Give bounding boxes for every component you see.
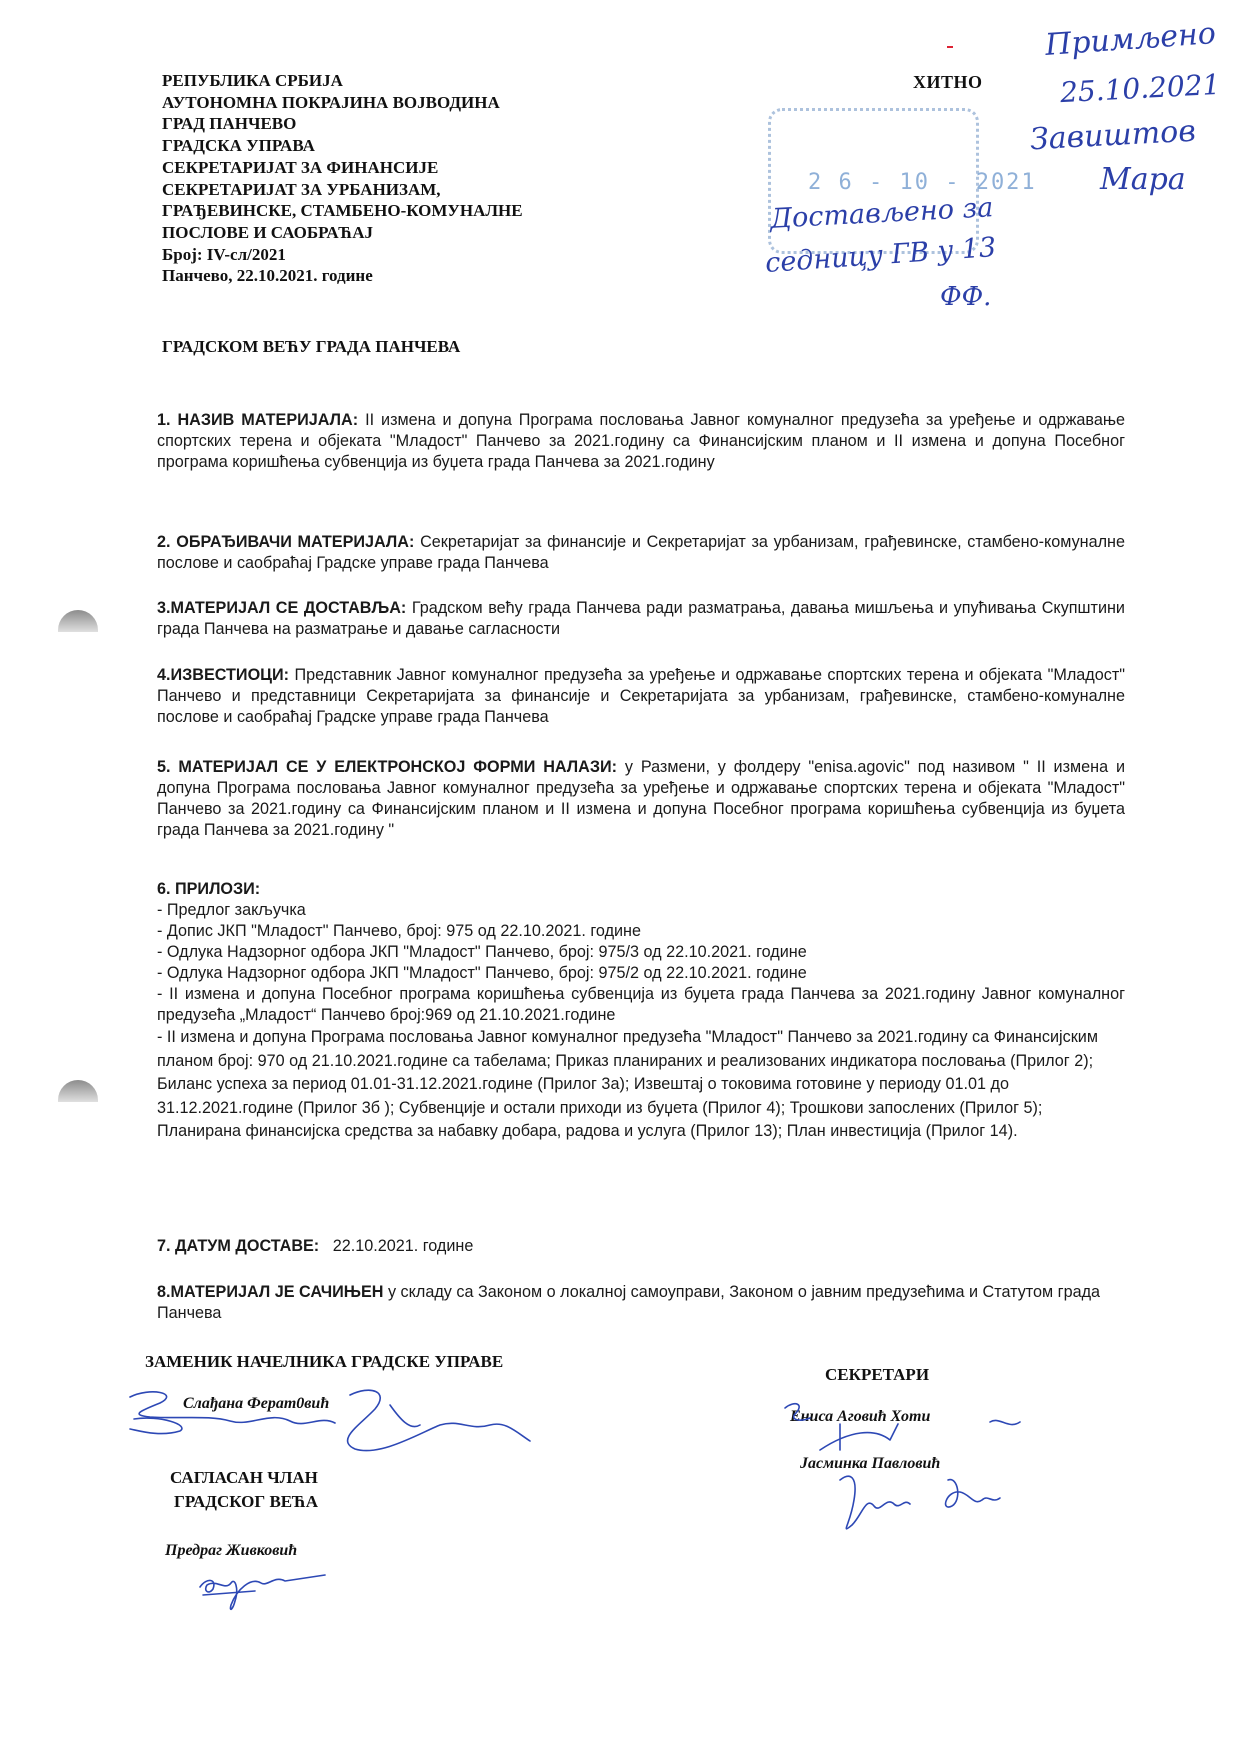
header-line-urbanism-2: ГРАЂЕВИНСКЕ, СТАМБЕНО-КОМУНАЛНЕ [162, 200, 523, 222]
attachment-item: - II измена и допуна Програма пословања … [157, 1026, 1117, 1144]
section-label: 5. МАТЕРИЈАЛ СЕ У ЕЛЕКТРОНСКОЈ ФОРМИ НАЛ… [157, 758, 617, 776]
header-line-urbanism-3: ПОСЛОВЕ И САОБРАЋАЈ [162, 222, 523, 244]
hole-punch-mark [58, 610, 98, 632]
document-number: Број: IV-сл/2021 [162, 244, 523, 266]
section-label: 4.ИЗВЕСТИОЦИ: [157, 666, 289, 684]
secretaries-title: СЕКРЕТАРИ [825, 1365, 929, 1385]
header-line-city: ГРАД ПАНЧЕВО [162, 113, 523, 135]
council-member-title-1: САГЛАСАН ЧЛАН [170, 1468, 318, 1488]
addressee: ГРАДСКОМ ВЕЋУ ГРАДА ПАНЧЕВА [162, 337, 460, 357]
handwritten-delivery-initials: ФФ. [940, 282, 991, 312]
red-mark [947, 46, 953, 48]
header-line-finance-secretariat: СЕКРЕТАРИЈАТ ЗА ФИНАНСИЈЕ [162, 157, 523, 179]
secretary-1-signature [780, 1400, 1030, 1460]
council-member-title-2: ГРАДСКОГ ВЕЋА [174, 1492, 318, 1512]
section-delivery-date: 7. ДАТУМ ДОСТАВЕ: 22.10.2021. године [157, 1236, 1125, 1257]
attachment-item: - II измена и допуна Посебног програма к… [157, 984, 1125, 1026]
section-label: 1. НАЗИВ МАТЕРИЈАЛА: [157, 411, 358, 429]
handwritten-received-date: 25.10.2021 [1059, 68, 1221, 109]
stamp-date: 2 6 - 10 - 2021 [808, 170, 1037, 195]
attachment-item: - Допис ЈКП "Младост" Панчево, број: 975… [157, 921, 1125, 942]
header-line-urbanism-secretariat: СЕКРЕТАРИЈАТ ЗА УРБАНИЗАМ, [162, 179, 523, 201]
document-date: Панчево, 22.10.2021. године [162, 265, 523, 287]
delivery-date-label: 7. ДАТУМ ДОСТАВЕ: [157, 1237, 319, 1255]
header-line-province: АУТОНОМНА ПОКРАЈИНА ВОЈВОДИНА [162, 92, 523, 114]
section-label: 2. ОБРАЂИВАЧИ МАТЕРИЈАЛА: [157, 533, 414, 551]
attachment-item: - Одлука Надзорног одбора ЈКП "Младост" … [157, 942, 1125, 963]
document-header: РЕПУБЛИКА СРБИЈА АУТОНОМНА ПОКРАЈИНА ВОЈ… [162, 70, 523, 287]
attachment-item: - Предлог закључка [157, 900, 1125, 921]
council-member-signature [195, 1565, 335, 1615]
hole-punch-mark [58, 1080, 98, 1102]
section-text: Представник Јавног комуналног предузећа … [157, 666, 1125, 726]
secretary-2-signature [830, 1470, 1030, 1540]
section-material-authors: 2. ОБРАЂИВАЧИ МАТЕРИЈАЛА: Секретаријат з… [157, 532, 1125, 574]
section-compliance: 8.МАТЕРИЈАЛ ЈЕ САЧИЊЕН у складу са Закон… [157, 1282, 1125, 1324]
handwritten-received-line-1: Примљено [1044, 16, 1217, 63]
compliance-label: 8.МАТЕРИЈАЛ ЈЕ САЧИЊЕН [157, 1283, 383, 1301]
urgent-label: ХИТНО [913, 72, 983, 93]
handwritten-received-name: Завиштов [1029, 114, 1196, 158]
header-line-administration: ГРАДСКА УПРАВА [162, 135, 523, 157]
section-attachments: 6. ПРИЛОЗИ: - Предлог закључка - Допис Ј… [157, 879, 1125, 1144]
section-material-title: 1. НАЗИВ МАТЕРИЈАЛА: II измена и допуна … [157, 410, 1125, 473]
section-electronic-form: 5. МАТЕРИЈАЛ СЕ У ЕЛЕКТРОНСКОЈ ФОРМИ НАЛ… [157, 757, 1125, 841]
attachments-label: 6. ПРИЛОЗИ: [157, 880, 260, 898]
deputy-head-title: ЗАМЕНИК НАЧЕЛНИКА ГРАДСКЕ УПРАВЕ [145, 1352, 503, 1372]
section-label: 3.МАТЕРИЈАЛ СЕ ДОСТАВЉА: [157, 599, 406, 617]
section-material-delivered-to: 3.МАТЕРИЈАЛ СЕ ДОСТАВЉА: Градском већу г… [157, 598, 1125, 640]
header-line-country: РЕПУБЛИКА СРБИЈА [162, 70, 523, 92]
delivery-date-value: 22.10.2021. године [319, 1237, 473, 1255]
council-member-name: Предраг Живковић [165, 1542, 297, 1560]
section-rapporteurs: 4.ИЗВЕСТИОЦИ: Представник Јавног комунал… [157, 665, 1125, 728]
handwritten-received-signature: Мара [1100, 162, 1186, 197]
attachment-item: - Одлука Надзорног одбора ЈКП "Младост" … [157, 963, 1125, 984]
deputy-head-signature [120, 1385, 540, 1465]
